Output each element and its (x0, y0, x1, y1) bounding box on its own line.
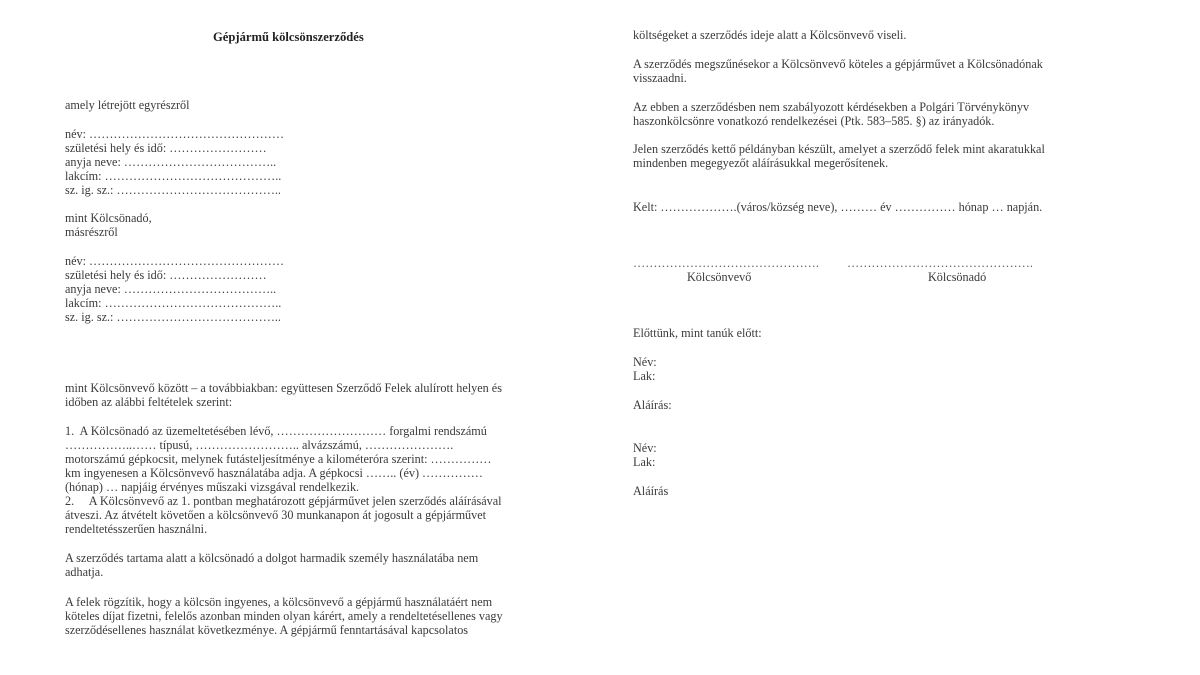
party2-birth-field: születési hely és idő: …………………… (65, 268, 267, 282)
clause1-line3: motorszámú gépkocsit, melynek futástelje… (65, 452, 491, 466)
para4-line1: A felek rögzítik, hogy a kölcsön ingyene… (65, 595, 492, 609)
para4-line3: szerződésellenes használat következménye… (65, 623, 468, 637)
witness2-name: Név: (633, 441, 657, 455)
party2-address-field: lakcím: …………………………………….. (65, 296, 281, 310)
party2-mother-field: anyja neve: ……………………………….. (65, 282, 276, 296)
intro-text: amely létrejött egyrészről (65, 98, 190, 112)
clause1-line4: km ingyenesen a Kölcsönvevő használatába… (65, 466, 483, 480)
clause1-line5: (hónap) … napjáig érvényes műszaki vizsg… (65, 480, 359, 494)
para3-line2: adhatja. (65, 565, 103, 579)
right-para1: költségeket a szerződés ideje alatt a Kö… (633, 28, 906, 42)
party1-name-field: név: ………………………………………… (65, 127, 284, 141)
signature-label-borrower: Kölcsönvevő (687, 270, 751, 285)
clause1-line1: 1. A Kölcsönadó az üzemeltetésében lévő,… (65, 424, 487, 438)
party1-address-field: lakcím: …………………………………….. (65, 169, 281, 183)
witness1-address: Lak: (633, 369, 655, 383)
party2-id-field: sz. ig. sz.: ………………………………….. (65, 310, 281, 324)
right-para2-line2: visszaadni. (633, 71, 687, 85)
between-text-1: mint Kölcsönvevő között – a továbbiakban… (65, 381, 502, 395)
right-para3-line1: Az ebben a szerződésben nem szabályozott… (633, 100, 1029, 114)
para3-line1: A szerződés tartama alatt a kölcsönadó a… (65, 551, 478, 565)
right-para4-line2: mindenben megegyezőt aláírásukkal megerő… (633, 156, 888, 170)
clause2-line1: 2. A Kölcsönvevő az 1. pontban meghatáro… (65, 494, 502, 508)
signature-label-lender: Kölcsönadó (928, 270, 986, 285)
party1-role-2: másrészről (65, 225, 118, 239)
party1-birth-field: születési hely és idő: …………………… (65, 141, 267, 155)
kelt-line: Kelt: ……………….(város/község neve), ……… év… (633, 200, 1042, 214)
right-para3-line2: haszonkölcsönre vonatkozó rendelkezései … (633, 114, 994, 128)
right-para2-line1: A szerződés megszűnésekor a Kölcsönvevő … (633, 57, 1043, 71)
para4-line2: köteles díjat fizetni, felelős azonban m… (65, 609, 503, 623)
party1-role: mint Kölcsönadó, (65, 211, 152, 225)
clause2-line3: rendeltetésszerűen használni. (65, 522, 207, 536)
witness1-name: Név: (633, 355, 657, 369)
party1-id-field: sz. ig. sz.: ………………………………….. (65, 183, 281, 197)
signature-line-borrower: ………………………………………. (633, 256, 819, 271)
party1-mother-field: anyja neve: ……………………………….. (65, 155, 276, 169)
document-title: Gépjármű kölcsönszerződés (213, 30, 364, 45)
party2-name-field: név: ………………………………………… (65, 254, 284, 268)
signature-line-lender: ………………………………………. (847, 256, 1033, 271)
between-text-2: időben az alábbi feltételek szerint: (65, 395, 232, 409)
witness1-signature: Aláírás: (633, 398, 672, 412)
witness2-signature: Aláírás (633, 484, 668, 498)
witness-intro: Előttünk, mint tanúk előtt: (633, 326, 762, 340)
witness2-address: Lak: (633, 455, 655, 469)
right-para4-line1: Jelen szerződés kettő példányban készült… (633, 142, 1045, 156)
clause1-line2: ……………..…… típusú, …………………….. alvázszámú,… (65, 438, 453, 452)
clause2-line2: átveszi. Az átvételt követően a kölcsönv… (65, 508, 486, 522)
